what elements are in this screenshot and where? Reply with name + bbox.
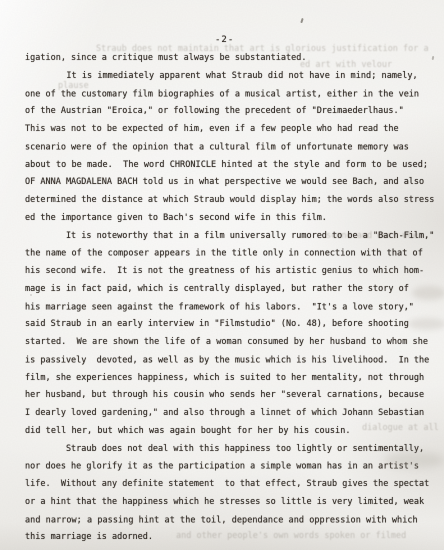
- text-line: one of the customary film biographies of…: [25, 86, 443, 104]
- text-line: this marriage is adorned.: [25, 529, 443, 547]
- text-line: determined the distance at which Straub …: [25, 192, 443, 210]
- text-line: It is noteworthy that in a film universa…: [25, 228, 443, 246]
- text-line: his second wife. It is not the greatness…: [25, 263, 443, 281]
- text-line: life. Without any definite statement to …: [25, 476, 443, 494]
- page-text: igation, since a critique must always be…: [25, 50, 443, 547]
- text-line: igation, since a critique must always be…: [25, 50, 443, 68]
- text-line: Straub does not deal with this happiness…: [25, 441, 443, 459]
- text-line: film, she experiences happiness, which i…: [25, 370, 443, 388]
- text-line: scenario were of the opinion that a cult…: [25, 139, 443, 157]
- text-line: the name of the composer appears in the …: [25, 246, 443, 264]
- ink-speck: [30, 294, 32, 296]
- text-line: said Straub in an early interview in "Fi…: [25, 316, 443, 334]
- page-number: -2-: [215, 35, 234, 45]
- ink-speck: [300, 18, 303, 23]
- scanned-page: Straub does not maintain that art is glo…: [0, 0, 444, 550]
- text-line: ed the importance given to Bach's second…: [25, 210, 443, 228]
- text-line: nor does he glorify it as the participat…: [25, 459, 443, 477]
- text-line: about to be made. The word CHRONICLE hin…: [25, 157, 443, 175]
- text-line: is passively devoted, as well as by the …: [25, 352, 443, 370]
- text-line: It is immediately apparent what Straub d…: [25, 68, 443, 86]
- text-line: This was not to be expected of him, even…: [25, 121, 443, 139]
- text-line: did tell her, but which was again bought…: [25, 423, 443, 441]
- text-line: and narrow; a passing hint at the toil, …: [25, 512, 443, 530]
- text-line: her husband, but through his cousin who …: [25, 387, 443, 405]
- text-line: or a hint that the happiness which he st…: [25, 494, 443, 512]
- text-line: I dearly loved gardening," and also thro…: [25, 405, 443, 423]
- text-line: his marriage seen against the framework …: [25, 299, 443, 317]
- text-line: of the Austrian "Eroica," or following t…: [25, 103, 443, 121]
- text-line: mage is in fact paid, which is centrally…: [25, 281, 443, 299]
- text-line: started. We are shown the life of a woma…: [25, 334, 443, 352]
- text-line: OF ANNA MAGDALENA BACH told us in what p…: [25, 174, 443, 192]
